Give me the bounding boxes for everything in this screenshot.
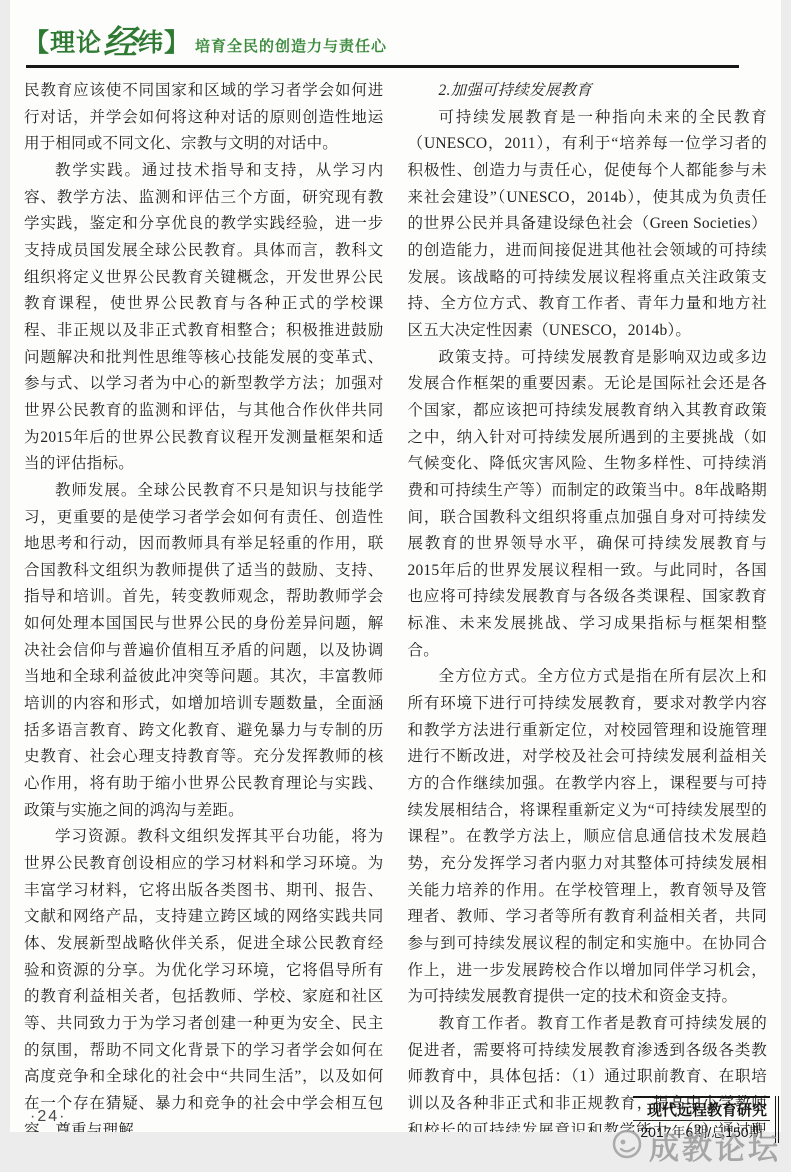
- watermark: 成教论坛: [610, 1124, 781, 1168]
- article-body: 民教育应该使不同国家和区域的学习者学会如何进行对话，并学会如何将这种对话的原则创…: [10, 68, 781, 1132]
- paragraph: 教师发展。全球公民教育不只是知识与技能学习，更重要的是使学习者学会如何有责任、创…: [24, 478, 384, 825]
- watermark-smiley-icon: [610, 1127, 644, 1166]
- paragraph: 学习资源。教科文组织发挥其平台功能，将为世界公民教育创设相应的学习材料和学习环境…: [24, 824, 384, 1132]
- section-title-left: 【理论: [24, 23, 102, 59]
- paragraph: 全方位方式。全方位方式是指在所有层次上和所有环境下进行可持续发展教育，要求对教学…: [408, 664, 768, 1011]
- page-number: ·24·: [30, 1108, 66, 1126]
- journal-page: 【理论 经 纬】 培育全民的创造力与责任心 民教育应该使不同国家和区域的学习者学…: [0, 0, 791, 1172]
- section-title-calligraphy: 经: [103, 15, 137, 64]
- paragraph: 2.加强可持续发展教育: [408, 78, 768, 105]
- paragraph: 可持续发展教育是一种指向未来的全民教育（UNESCO，2011），有利于“培养每…: [408, 105, 768, 345]
- article-running-title: 培育全民的创造力与责任心: [195, 35, 387, 56]
- left-column: 民教育应该使不同国家和区域的学习者学会如何进行对话，并学会如何将这种对话的原则创…: [24, 78, 384, 1132]
- paragraph: 政策支持。可持续发展教育是影响双边或多边发展合作框架的重要因素。无论是国际社会还…: [408, 345, 768, 665]
- journal-name: 现代远程教育研究: [633, 1096, 770, 1121]
- header-title-row: 【理论 经 纬】 培育全民的创造力与责任心: [24, 12, 761, 61]
- section-title-right: 纬】: [138, 23, 190, 59]
- right-column: 2.加强可持续发展教育可持续发展教育是一种指向未来的全民教育（UNESCO，20…: [408, 78, 768, 1132]
- page-header: 【理论 经 纬】 培育全民的创造力与责任心: [10, 0, 781, 68]
- watermark-text: 成教论坛: [649, 1124, 781, 1168]
- paragraph: 教学实践。通过技术指导和支持，从学习内容、教学方法、监测和评估三个方面，研究现有…: [24, 158, 384, 478]
- paper-sheet: 【理论 经 纬】 培育全民的创造力与责任心 民教育应该使不同国家和区域的学习者学…: [10, 0, 781, 1132]
- paragraph: 民教育应该使不同国家和区域的学习者学会如何进行对话，并学会如何将这种对话的原则创…: [24, 78, 384, 158]
